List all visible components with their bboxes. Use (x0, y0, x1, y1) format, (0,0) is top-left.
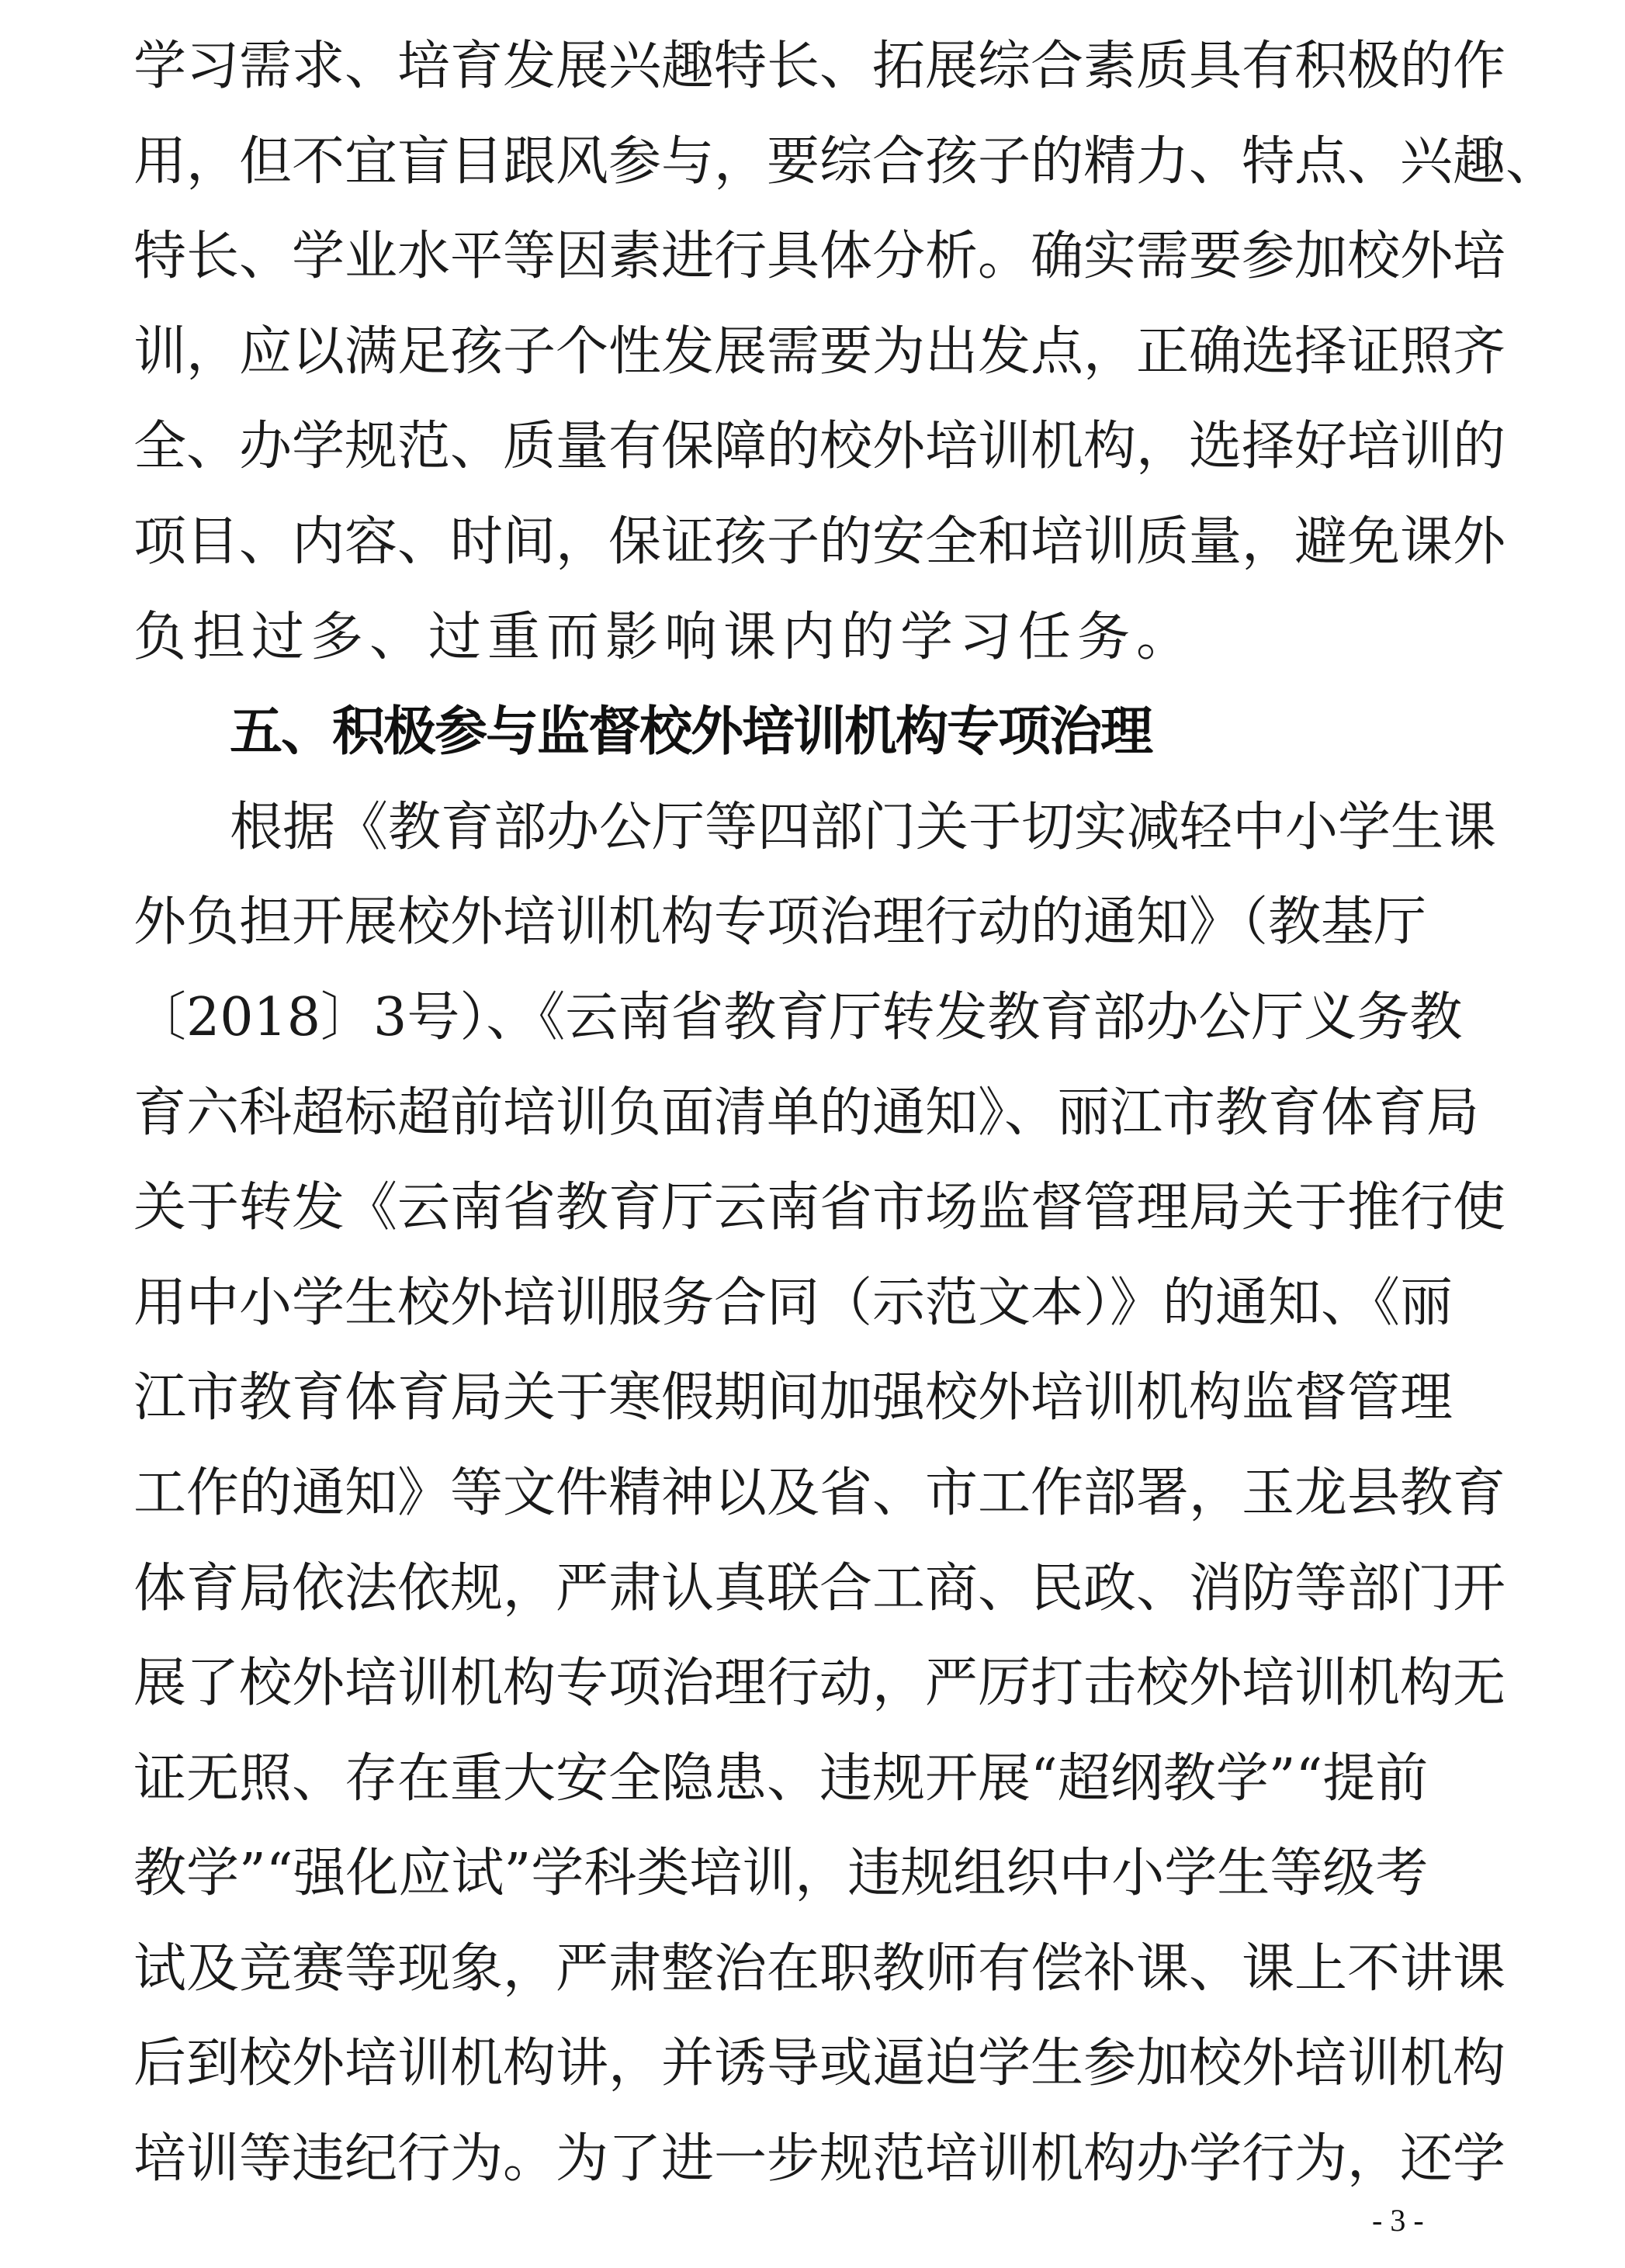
text-line: 教学”“强化应试”学科类培训，违规组织中小学生等级考 (133, 1827, 1403, 1922)
text-line: 特长、学业水平等因素进行具体分析。确实需要参加校外培 (133, 209, 1403, 305)
document-page: 学习需求、培育发展兴趣特长、拓展综合素质具有积极的作 用，但不宜盲目跟风参与，要… (133, 19, 1403, 2207)
text-line: 体育局依法依规，严肃认真联合工商、民政、消防等部门开 (133, 1542, 1403, 1637)
text-line: 全、办学规范、质量有保障的校外培训机构，选择好培训的 (133, 400, 1403, 495)
text-line: 用中小学生校外培训服务合同（示范文本）》的通知、《丽 (133, 1256, 1403, 1352)
text-line: 学习需求、培育发展兴趣特长、拓展综合素质具有积极的作 (133, 19, 1403, 115)
text-line: 项目、内容、时间，保证孩子的安全和培训质量，避免课外 (133, 495, 1403, 590)
text-line: 负担过多、过重而影响课内的学习任务。 (133, 590, 1403, 686)
text-line: 训，应以满足孩子个性发展需要为出发点，正确选择证照齐 (133, 305, 1403, 400)
paragraph-continued: 学习需求、培育发展兴趣特长、拓展综合素质具有积极的作 用，但不宜盲目跟风参与，要… (133, 19, 1403, 685)
text-line: 后到校外培训机构讲，并诱导或逼迫学生参加校外培训机构 (133, 2017, 1403, 2112)
text-line: 关于转发《云南省教育厅云南省市场监督管理局关于推行使 (133, 1161, 1403, 1256)
text-line: 用，但不宜盲目跟风参与，要综合孩子的精力、特点、兴趣、 (133, 115, 1403, 210)
text-line: 江市教育体育局关于寒假期间加强校外培训机构监督管理 (133, 1351, 1403, 1446)
text-line: 根据《教育部办公厅等四部门关于切实减轻中小学生课 (133, 781, 1403, 876)
text-line: 证无照、存在重大安全隐患、违规开展“超纲教学”“提前 (133, 1732, 1403, 1827)
section-heading: 五、积极参与监督校外培训机构专项治理 (133, 685, 1403, 781)
text-line: 育六科超标超前培训负面清单的通知》、丽江市教育体育局 (133, 1066, 1403, 1162)
text-line: 工作的通知》等文件精神以及省、市工作部署，玉龙县教育 (133, 1446, 1403, 1542)
text-line: 外负担开展校外培训机构专项治理行动的通知》（教基厅 (133, 875, 1403, 971)
text-line: 〔2018〕3号）、《云南省教育厅转发教育部办公厅义务教 (133, 971, 1403, 1066)
text-line: 培训等违纪行为。为了进一步规范培训机构办学行为，还学 (133, 2112, 1403, 2207)
text-line: 展了校外培训机构专项治理行动，严厉打击校外培训机构无 (133, 1636, 1403, 1732)
paragraph-2: 根据《教育部办公厅等四部门关于切实减轻中小学生课 外负担开展校外培训机构专项治理… (133, 781, 1403, 2207)
page-number: - 3 - (1372, 2202, 1424, 2239)
text-line: 试及竞赛等现象，严肃整治在职教师有偿补课、课上不讲课 (133, 1922, 1403, 2017)
